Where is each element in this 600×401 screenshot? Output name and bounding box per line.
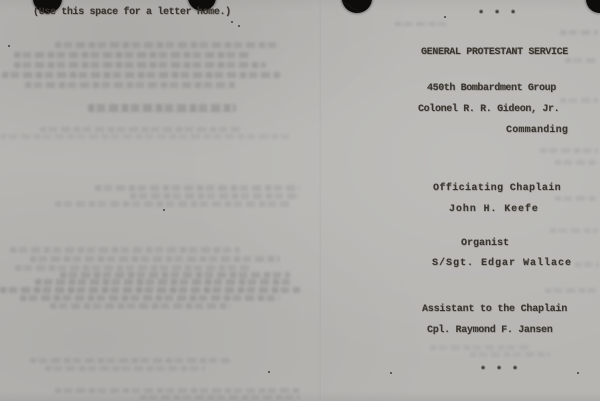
ornament-bottom: * * * <box>480 366 520 377</box>
scanned-document-page: (Use this space for a letter home.) * * … <box>0 0 600 401</box>
ornament-top: * * * <box>478 10 518 21</box>
bleedthrough-smudge <box>565 58 598 63</box>
bleedthrough-smudge <box>14 62 266 68</box>
bleedthrough-smudge <box>30 358 230 363</box>
bleedthrough-smudge <box>540 148 598 153</box>
bleedthrough-smudge <box>55 42 280 48</box>
ink-speck <box>444 16 446 18</box>
commander-title: Commanding <box>506 125 568 136</box>
bleedthrough-smudge <box>95 185 300 191</box>
bleedthrough-smudge <box>55 388 300 393</box>
bleedthrough-smudge <box>55 201 290 207</box>
bleedthrough-smudge <box>45 366 205 371</box>
ink-speck <box>268 371 270 373</box>
bleedthrough-smudge <box>60 272 290 278</box>
bleedthrough-smudge <box>40 127 240 132</box>
bleedthrough-smudge <box>30 256 280 262</box>
bleedthrough-smudge <box>15 265 250 271</box>
bleedthrough-smudge <box>560 98 598 103</box>
ink-speck <box>390 372 392 374</box>
bleedthrough-smudge <box>0 134 290 139</box>
bleedthrough-smudge <box>35 279 290 285</box>
punch-hole <box>586 0 600 13</box>
bleedthrough-smudge <box>575 262 599 267</box>
ink-speck <box>231 21 233 23</box>
bleedthrough-smudge <box>140 395 300 400</box>
ink-speck <box>8 45 10 47</box>
bleedthrough-smudge <box>0 287 300 293</box>
assistant-chaplain-label: Assistant to the Chaplain <box>422 304 567 315</box>
bleedthrough-smudge <box>470 352 550 357</box>
bleedthrough-smudge <box>560 30 598 35</box>
letter-home-note: (Use this space for a letter home.) <box>33 7 231 18</box>
bleedthrough-smudge <box>550 228 598 233</box>
officiating-chaplain-label: Officiating Chaplain <box>433 183 561 194</box>
bleedthrough-smudge <box>395 22 450 26</box>
bleedthrough-smudge <box>88 104 236 112</box>
bleedthrough-smudge <box>20 295 280 301</box>
bleedthrough-smudge <box>130 193 300 199</box>
ink-speck <box>238 25 240 27</box>
bleedthrough-smudge <box>50 303 230 309</box>
assistant-chaplain-name: Cpl. Raymond F. Jansen <box>427 325 552 336</box>
bleedthrough-smudge <box>2 72 280 78</box>
bleedthrough-smudge <box>430 345 530 350</box>
bleedthrough-smudge <box>10 247 240 253</box>
ink-speck <box>577 372 579 374</box>
bleedthrough-smudge <box>545 288 598 293</box>
organist-name: S/Sgt. Edgar Wallace <box>432 258 572 269</box>
center-fold-line <box>320 0 322 401</box>
bleedthrough-smudge <box>25 82 235 88</box>
service-title: GENERAL PROTESTANT SERVICE <box>421 47 568 58</box>
ink-speck <box>163 209 165 211</box>
organist-label: Organist <box>461 238 509 249</box>
officiating-chaplain-name: John H. Keefe <box>449 204 539 215</box>
commander-name: Colonel R. R. Gideon, Jr. <box>418 104 559 115</box>
bleedthrough-smudge <box>555 160 598 165</box>
bleedthrough-smudge <box>555 196 598 201</box>
bleedthrough-smudge <box>14 52 252 58</box>
unit-name: 450th Bombardment Group <box>427 83 556 94</box>
